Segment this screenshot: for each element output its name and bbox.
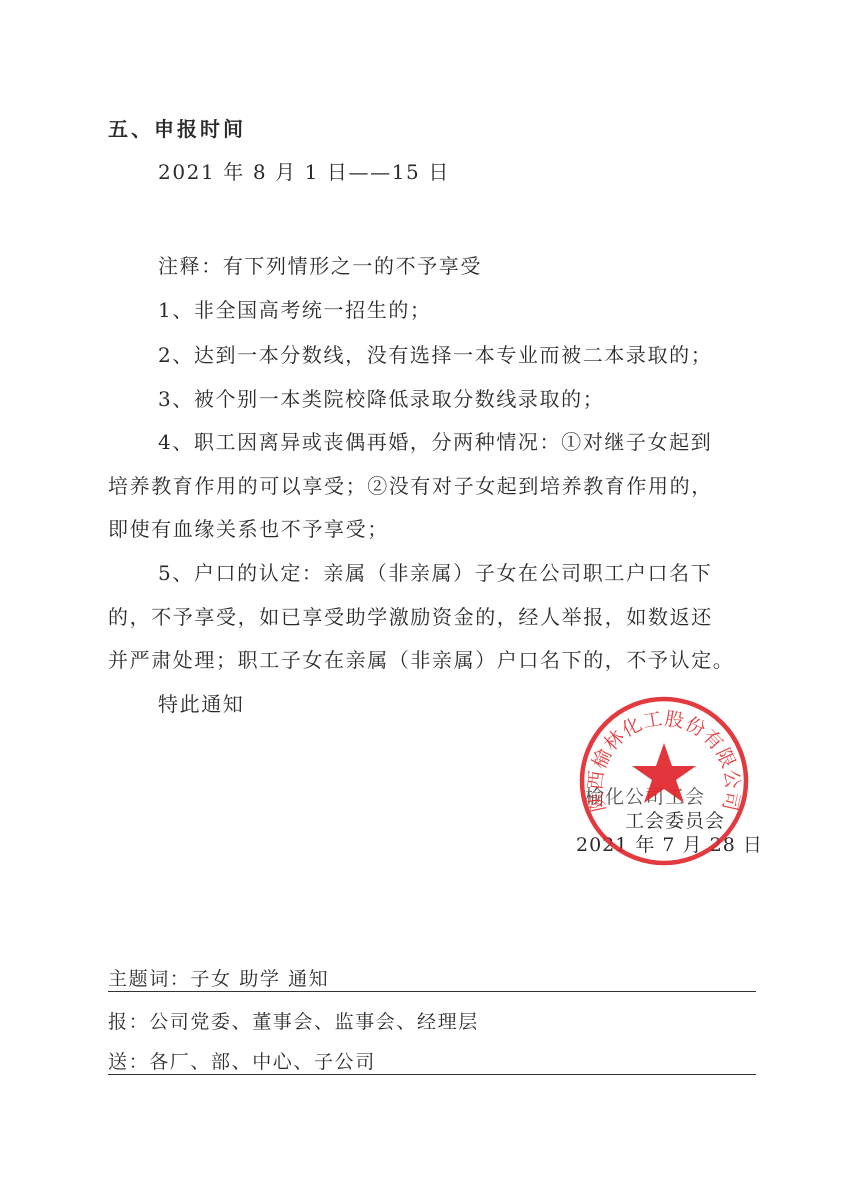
report-to: 报：公司党委、董事会、监事会、经理层 <box>108 1010 479 1034</box>
note-item-4-line-2: 培养教育作用的可以享受；②没有对子女起到培养教育作用的， <box>108 474 713 498</box>
divider-line <box>108 1074 756 1075</box>
send-to: 送：各厂、部、中心、子公司 <box>108 1050 376 1074</box>
divider-line <box>108 991 756 992</box>
note-item-5-line-2: 的，不予享受，如已享受助学激励资金的，经人举报，如数返还 <box>108 605 713 629</box>
official-seal-stamp: 陕西榆林化工股份有限公司 <box>578 695 750 867</box>
note-item-3: 3、被个别一本类院校降低录取分数线录取的； <box>158 387 604 411</box>
note-item-5-line-1: 5、户口的认定：亲属（非亲属）子女在公司职工户口名下 <box>158 561 712 585</box>
application-period: 2021 年 8 月 1 日——15 日 <box>158 160 450 184</box>
note-item-1: 1、非全国高考统一招生的； <box>158 298 432 322</box>
note-item-5-line-3: 并严肃处理；职工子女在亲属（非亲属）户口名下的，不予认定。 <box>108 648 734 672</box>
note-item-4-line-3: 即使有血缘关系也不予享受； <box>108 517 389 541</box>
section-heading: 五、申报时间 <box>108 117 246 141</box>
notes-intro: 注释：有下列情形之一的不予享受 <box>158 254 482 278</box>
note-item-4-line-1: 4、职工因离异或丧偶再婚，分两种情况：①对继子女起到 <box>158 430 712 454</box>
subject-keywords: 主题词：子女 助学 通知 <box>108 967 329 991</box>
star-icon <box>632 743 696 803</box>
closing-text: 特此通知 <box>158 692 244 716</box>
note-item-2: 2、达到一本分数线，没有选择一本专业而被二本录取的； <box>158 343 712 367</box>
